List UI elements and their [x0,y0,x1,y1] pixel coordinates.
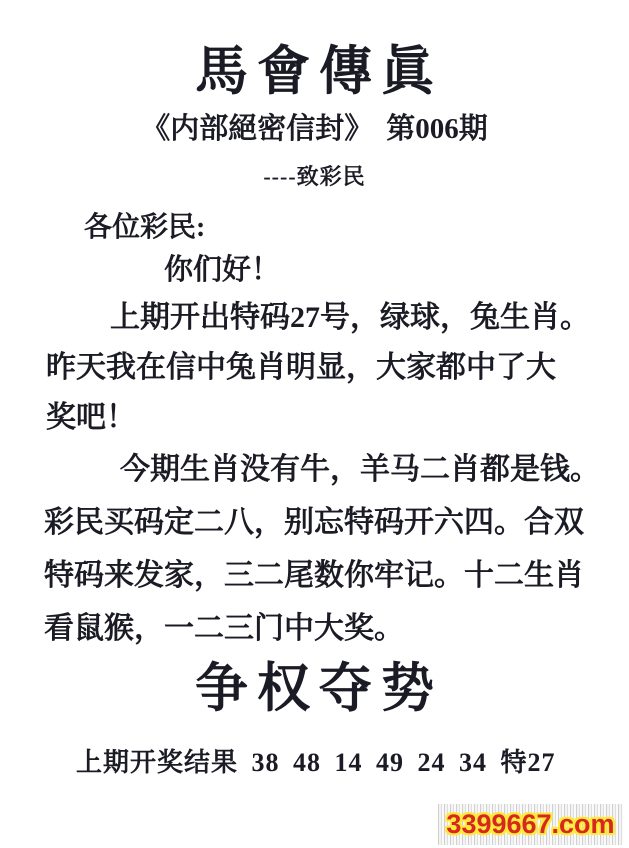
subtitle-line: 《内部絕密信封》第006期 [0,112,629,147]
issue-number-label: 第006期 [386,113,488,145]
letter-line: 特码来发家，三二尾数你牢记。十二生肖 [44,549,599,602]
letter-line: 彩民买码定二八，别忘特码开六四。合双 [44,496,599,549]
salutation: 各位彩民: [84,205,205,245]
paragraph-current-tips: 今期生肖没有牛，羊马二肖都是钱。 彩民买码定二八，别忘特码开六四。合双 特码来发… [44,443,599,655]
fax-letter-page: 馬會傳眞 《内部絕密信封》第006期 ----致彩民 各位彩民: 你们好！ 上期… [0,0,629,848]
previous-draw-results: 上期开奖结果 38 48 14 49 24 34 特27 [76,742,556,779]
letter-line: 奖吧！ [46,393,601,443]
watermark-url-text: 3399667.com [446,809,614,840]
page-title: 馬會傳眞 [0,42,629,103]
letter-line: 昨天我在信中兔肖明显，大家都中了大 [46,343,601,393]
letter-line: 上期开出特码27号，绿球，兔生肖。 [46,293,601,343]
watermark-badge: 3399667.com [438,804,623,845]
envelope-label: 《内部絕密信封》 [141,113,373,145]
paragraph-previous-result: 上期开出特码27号，绿球，兔生肖。 昨天我在信中兔肖明显，大家都中了大 奖吧！ [46,293,601,443]
letter-line: 今期生肖没有牛，羊马二肖都是钱。 [44,443,599,496]
dedication-line: ----致彩民 [0,160,629,191]
letter-line: 看鼠猴，一二三门中大奖。 [44,602,599,655]
greeting: 你们好！ [164,247,280,288]
slogan-title: 争权夺势 [0,660,629,718]
